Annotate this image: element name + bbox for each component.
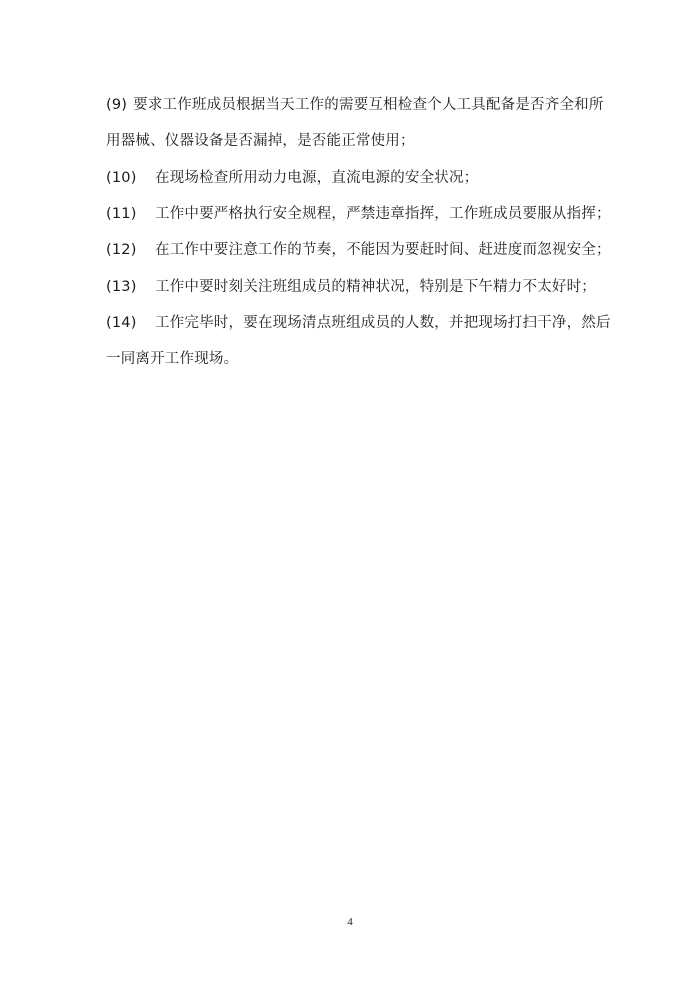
item-text: 在现场检查所用动力电源，直流电源的安全状况； xyxy=(155,170,478,186)
item-text-continuation: 一同离开工作现场。 xyxy=(106,351,238,367)
item-number: (11) xyxy=(106,204,155,224)
list-item-14-continuation: 一同离开工作现场。 xyxy=(106,349,238,369)
list-item-9-continuation: 用器械、仪器设备是否漏掉，是否能正常使用； xyxy=(106,131,415,151)
item-number: (9) xyxy=(106,95,127,115)
item-text: 在工作中要注意工作的节奏，不能因为要赶时间、赶进度而忽视安全； xyxy=(155,242,611,258)
item-number: (14) xyxy=(106,313,155,333)
item-text: 工作中要时刻关注班组成员的精神状况，特别是下午精力不太好时； xyxy=(155,279,596,295)
list-item-12: (12)在工作中要注意工作的节奏，不能因为要赶时间、赶进度而忽视安全； xyxy=(106,240,611,260)
document-page: (9)要求工作班成员根据当天工作的需要互相检查个人工具配备是否齐全和所 用器械、… xyxy=(0,0,700,990)
item-text: 工作中要严格执行安全规程，严禁违章指挥，工作班成员要服从指挥； xyxy=(155,206,611,222)
list-item-13: (13)工作中要时刻关注班组成员的精神状况，特别是下午精力不太好时； xyxy=(106,277,596,297)
list-item-11: (11)工作中要严格执行安全规程，严禁违章指挥，工作班成员要服从指挥； xyxy=(106,204,611,224)
list-item-14: (14)工作完毕时，要在现场清点班组成员的人数，并把现场打扫干净，然后 xyxy=(106,313,611,333)
item-number: (10) xyxy=(106,168,155,188)
item-number: (13) xyxy=(106,277,155,297)
item-text: 要求工作班成员根据当天工作的需要互相检查个人工具配备是否齐全和所 xyxy=(133,97,603,113)
item-text-continuation: 用器械、仪器设备是否漏掉，是否能正常使用； xyxy=(106,133,415,149)
item-text: 工作完毕时，要在现场清点班组成员的人数，并把现场打扫干净，然后 xyxy=(155,315,611,331)
item-number: (12) xyxy=(106,240,155,260)
page-number: 4 xyxy=(0,916,700,928)
list-item-10: (10)在现场检查所用动力电源，直流电源的安全状况； xyxy=(106,168,478,188)
list-item-9: (9)要求工作班成员根据当天工作的需要互相检查个人工具配备是否齐全和所 xyxy=(106,95,604,115)
